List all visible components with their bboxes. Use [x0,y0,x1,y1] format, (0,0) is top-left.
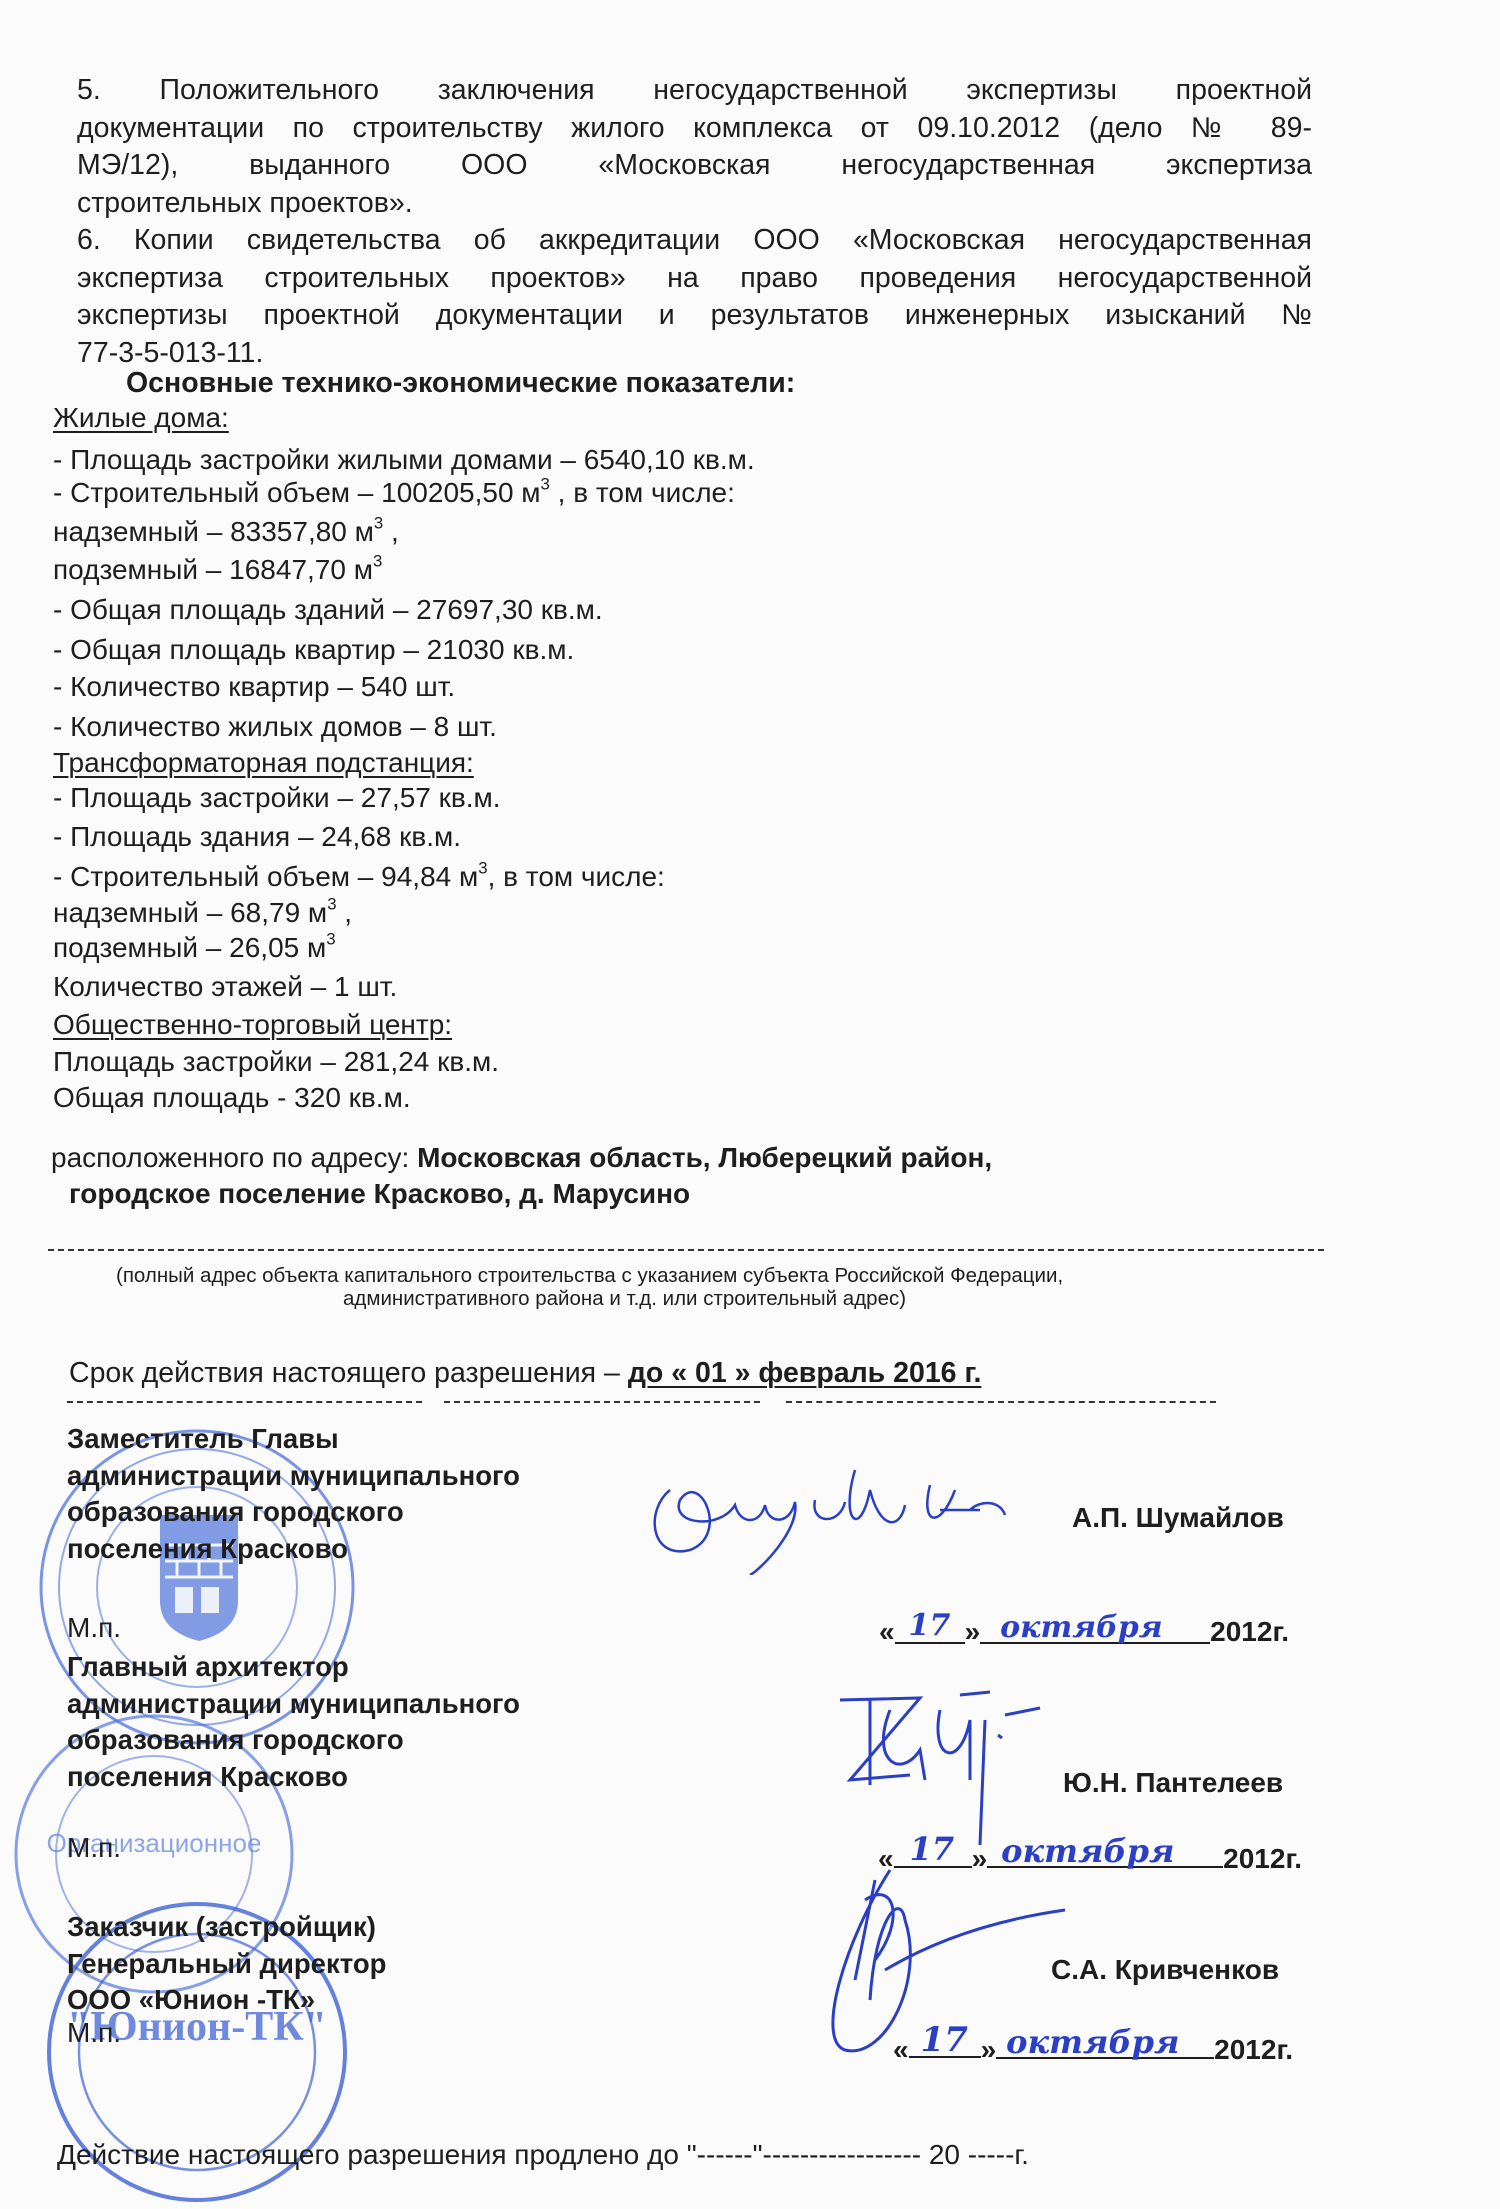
month-blank: октября [996,2031,1214,2059]
title-line: поселения Красково [67,1531,520,1568]
address-line-1: расположенного по адресу: Московская обл… [51,1142,992,1174]
signatory-3-title: Заказчик (застройщик) Генеральный директ… [67,1909,386,2019]
month-blank: октября [987,1840,1223,1868]
substation-above-ground: надземный – 68,79 м3 , [53,898,352,928]
quote-open: « [893,2034,909,2065]
quote-close: » [981,2034,997,2065]
address-prefix: расположенного по адресу: [51,1142,417,1173]
residential-above-ground: надземный – 83357,80 м3 , [53,517,399,547]
superscript: 3 [373,551,382,570]
residential-volume: - Строительный объем – 100205,50 м3 , в … [53,478,735,508]
month-handwritten: октября [1001,1832,1174,1870]
value-text: надземный – 83357,80 м [53,516,374,547]
quote-open: « [878,1843,894,1874]
quote-close: » [965,1616,981,1647]
signatory-2-title: Главный архитектор администрации муницип… [67,1649,520,1795]
address-dashed-rule [48,1249,1324,1251]
substation-volume: - Строительный объем – 94,84 м3, в том ч… [53,862,665,892]
signatory-1-title: Заместитель Главы администрации муниципа… [67,1421,520,1567]
residential-below-ground: подземный – 16847,70 м3 [53,555,382,585]
substation-build-area: - Площадь застройки – 27,57 кв.м. [53,783,501,813]
paragraph-line: строительных проектов». [77,185,1312,223]
year: 2012г. [1214,2034,1293,2065]
signatory-3-date: «17»октября2012г. [893,2030,1293,2066]
year: 2012г. [1210,1616,1289,1647]
year: 2012г. [1223,1843,1302,1874]
superscript: 3 [327,894,336,913]
substation-building-area: - Площадь здания – 24,68 кв.м. [53,822,461,852]
validity-dashed-rule-3 [786,1401,1216,1403]
residential-total-area: - Общая площадь зданий – 27697,30 кв.м. [53,595,603,625]
residential-apartments-count: - Количество квартир – 540 шт. [53,672,455,702]
day-handwritten: 17 [921,2020,968,2060]
substation-below-ground: подземный – 26,05 м3 [53,933,336,963]
signatory-2-date: «17»октября2012г. [878,1840,1302,1875]
title-line: ООО «Юнион -ТК» [67,1982,386,2019]
value-text: - Строительный объем – 94,84 м [53,861,478,892]
item-6-paragraph: 6. Копии свидетельства об аккредитации О… [77,222,1312,372]
superscript: 3 [374,513,383,532]
value-text: , в том числе: [550,477,735,508]
signature-1 [640,1430,1070,1575]
item-5-paragraph: 5. Положительного заключения негосударст… [77,72,1312,222]
paragraph-line: 6. Копии свидетельства об аккредитации О… [77,222,1312,260]
value-text: - Строительный объем – 100205,50 м [53,477,541,508]
title-line: поселения Красково [67,1759,520,1796]
seal-label-3: М.п. [67,2017,121,2049]
day-handwritten: 17 [910,1830,955,1868]
validity-date: до « 01 » февраль 2016 г. [628,1357,982,1389]
paragraph-line: 5. Положительного заключения негосударст… [77,72,1312,110]
paragraph-line: экспертизы проектной документации и резу… [77,297,1312,335]
address-line-2: городское поселение Красково, д. Марусин… [69,1178,690,1210]
substation-section-title: Трансформаторная подстанция: [53,748,474,778]
day-blank: 17 [895,1616,965,1644]
superscript: 3 [326,929,335,948]
month-handwritten: октября [1006,2023,1179,2061]
value-text: , в том числе: [488,861,665,892]
value-text: , [337,897,353,928]
validity-prefix: Срок действия настоящего разрешения – [69,1357,628,1389]
validity-dashed-rule-2 [444,1401,760,1403]
value-text: подземный – 26,05 м [53,932,326,963]
paragraph-line: документации по строительству жилого ком… [77,110,1312,148]
title-line: администрации муниципального [67,1686,520,1723]
title-line: администрации муниципального [67,1458,520,1495]
residential-build-area: - Площадь застройки жилыми домами – 6540… [53,445,755,475]
month-blank: октября [980,1616,1210,1644]
day-blank: 17 [894,1840,972,1868]
quote-open: « [879,1616,895,1647]
title-line: образования городского [67,1494,520,1531]
title-line: Генеральный директор [67,1946,386,1983]
trade-center-build-area: Площадь застройки – 281,24 кв.м. [53,1047,499,1077]
trade-center-section-title: Общественно-торговый центр: [53,1010,452,1040]
signature-2 [830,1680,1080,1850]
day-blank: 17 [909,2030,981,2058]
address-caption-line-2: административного района и т.д. или стро… [343,1287,906,1311]
title-line: Заказчик (застройщик) [67,1909,386,1946]
validity-dashed-rule-1 [67,1401,422,1403]
month-handwritten: октября [1000,1610,1162,1645]
trade-center-total-area: Общая площадь - 320 кв.м. [53,1083,411,1113]
paragraph-line: МЭ/12), выданного ООО «Московская негосу… [77,147,1312,185]
residential-houses-count: - Количество жилых домов – 8 шт. [53,712,497,742]
residential-apartments-area: - Общая площадь квартир – 21030 кв.м. [53,635,574,665]
validity-line: Срок действия настоящего разрешения – до… [69,1357,981,1390]
value-text: подземный – 16847,70 м [53,554,373,585]
value-text: , [383,516,399,547]
signatory-3-name: С.А. Кривченков [1051,1954,1279,1986]
title-line: Заместитель Главы [67,1421,520,1458]
seal-label-1: М.п. [67,1612,121,1644]
quote-close: » [972,1843,988,1874]
superscript: 3 [478,858,487,877]
signatory-1-date: «17»октября2012г. [879,1616,1289,1648]
seal-label-2: М.п. [67,1832,121,1864]
day-handwritten: 17 [909,1608,951,1643]
address-region: Московская область, Люберецкий район, [417,1142,992,1173]
extension-line: Действие настоящего разрешения продлено … [57,2139,1029,2171]
value-text: надземный – 68,79 м [53,897,327,928]
title-line: Главный архитектор [67,1649,520,1686]
superscript: 3 [541,474,550,493]
address-caption-line-1: (полный адрес объекта капитального строи… [116,1264,1063,1288]
residential-section-title: Жилые дома: [53,403,229,433]
paragraph-line: экспертиза строительных проектов» на пра… [77,260,1312,298]
signatory-2-name: Ю.Н. Пантелеев [1063,1767,1283,1799]
signatory-1-name: А.П. Шумайлов [1072,1502,1284,1534]
title-line: образования городского [67,1722,520,1759]
indicators-heading: Основные технико-экономические показател… [126,367,795,400]
substation-floors: Количество этажей – 1 шт. [53,972,397,1002]
